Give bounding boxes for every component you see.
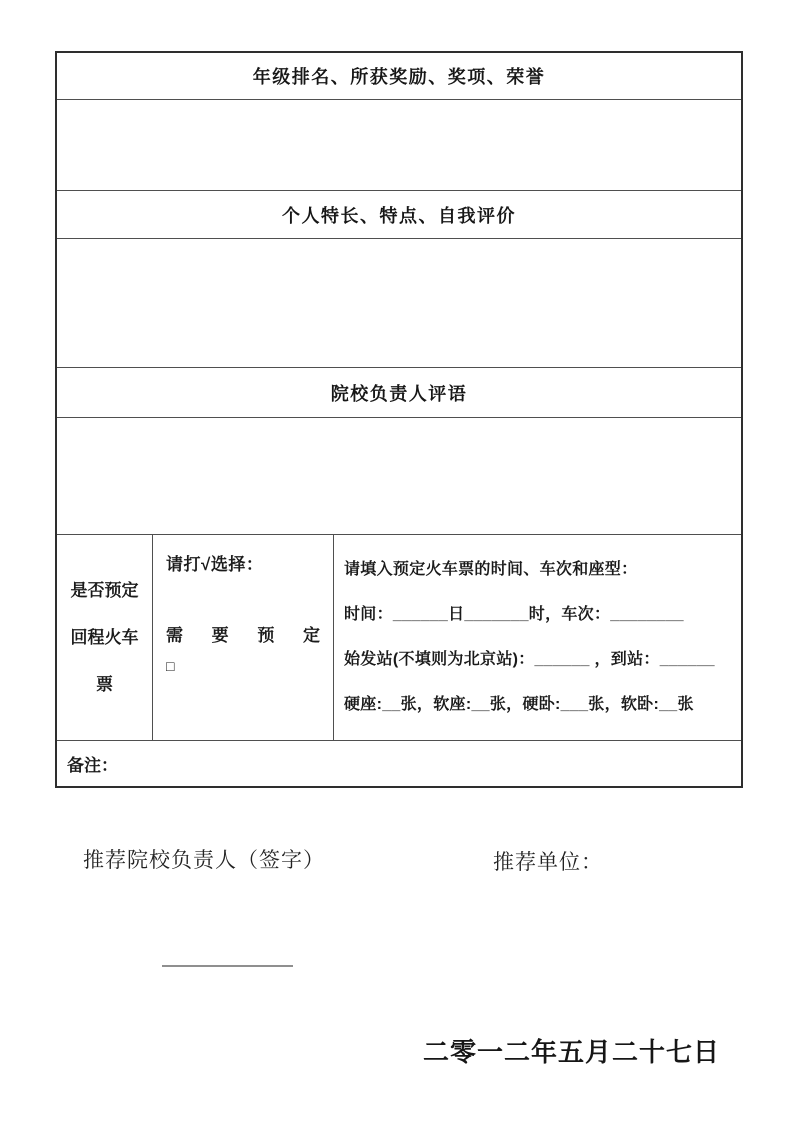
recommendation-form-table: 年级排名、所获奖励、奖项、荣誉 个人特长、特点、自我评价 院校负责人评语 是否预… xyxy=(55,51,743,788)
train-ticket-row: 是否预定 回程火车 票 请打√选择： 需要预定 □ 请填入预定火车票的时间、车次… xyxy=(57,534,741,740)
section-header-self-evaluation: 个人特长、特点、自我评价 xyxy=(57,190,741,238)
recommending-unit-label: 推荐单位： xyxy=(493,846,603,876)
ticket-fill-prompt: 请填入预定火车票的时间、车次和座型： xyxy=(344,547,735,592)
need-booking-checkbox[interactable]: □ xyxy=(166,659,320,673)
ticket-detail-cell: 请填入预定火车票的时间、车次和座型： 时间：______日_______时，车次… xyxy=(334,535,741,740)
ticket-question-line3: 票 xyxy=(96,661,113,708)
signer-label: 推荐院校负责人（签字） xyxy=(83,844,325,874)
institution-comment-header-label: 院校负责人评语 xyxy=(331,380,468,406)
ticket-seat-field-line[interactable]: 硬座:__张，软座:__张，硬卧:___张，软卧:__张 xyxy=(344,682,735,727)
ticket-choice-cell: 请打√选择： 需要预定 □ xyxy=(152,535,334,740)
remark-row[interactable]: 备注： xyxy=(57,740,741,786)
ticket-time-field-line[interactable]: 时间：______日_______时，车次：________ xyxy=(344,592,735,637)
remark-label: 备注： xyxy=(67,751,118,776)
ticket-station-field-line[interactable]: 始发站(不填则为北京站)：______ ，到站：______ xyxy=(344,637,735,682)
signature-line[interactable] xyxy=(162,951,293,967)
self-evaluation-header-label: 个人特长、特点、自我评价 xyxy=(282,202,516,228)
document-date: 二零一二年五月二十七日 xyxy=(423,1032,720,1069)
institution-comment-content-cell[interactable] xyxy=(57,417,741,534)
tick-prompt-label: 请打√选择： xyxy=(166,550,320,575)
self-evaluation-content-cell[interactable] xyxy=(57,238,741,367)
need-booking-label: 需要预定 xyxy=(166,621,320,646)
section-header-institution-comment: 院校负责人评语 xyxy=(57,367,741,417)
rank-awards-header-label: 年级排名、所获奖励、奖项、荣誉 xyxy=(253,63,546,89)
form-page: 年级排名、所获奖励、奖项、荣誉 个人特长、特点、自我评价 院校负责人评语 是否预… xyxy=(0,0,800,1123)
section-header-rank-awards: 年级排名、所获奖励、奖项、荣誉 xyxy=(57,53,741,99)
ticket-question-line1: 是否预定 xyxy=(71,567,139,614)
rank-awards-content-cell[interactable] xyxy=(57,99,741,190)
ticket-question-line2: 回程火车 xyxy=(71,614,139,661)
ticket-question-cell: 是否预定 回程火车 票 xyxy=(57,535,152,740)
